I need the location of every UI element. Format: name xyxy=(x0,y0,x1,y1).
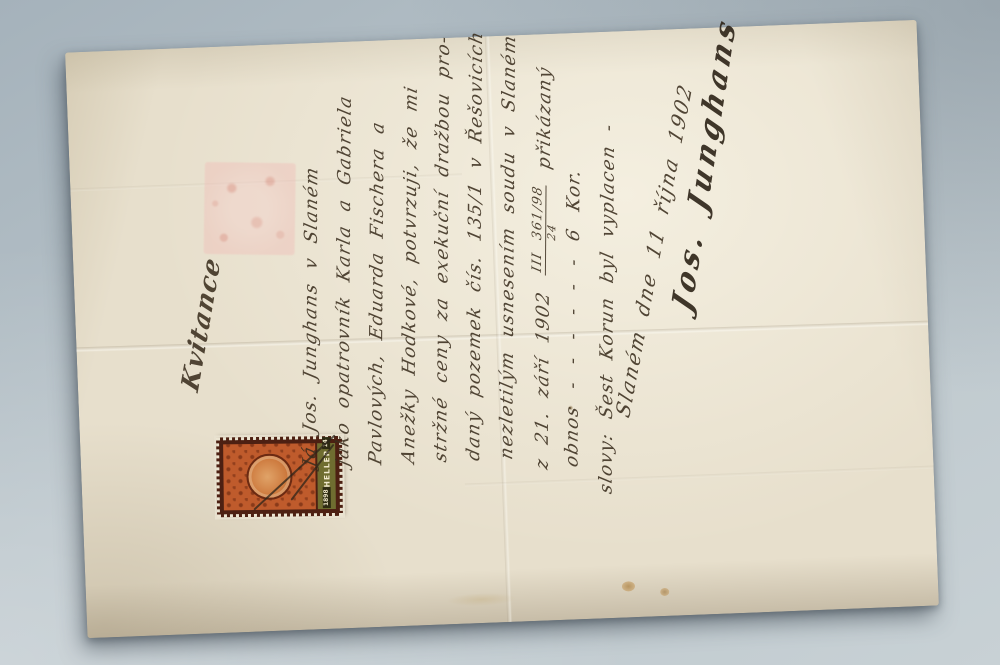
court-case-number: III 361/9824 xyxy=(531,182,558,278)
case-number-denominator: 24 xyxy=(546,185,558,278)
handwritten-line: Anežky Hodkové, potvrzuji, že mi xyxy=(398,51,422,466)
revenue-stamp: 1898 HELLER 14 xyxy=(216,436,343,518)
document-content: Kvitance 1898 HELLER 14 Já Jos. Junghans… xyxy=(65,20,939,638)
handwritten-line: jako opatrovník Karla a Gabriela xyxy=(332,53,356,468)
document-title: Kvitance xyxy=(176,252,226,396)
handwritten-line: daný pozemek čís. 135/1 v Řešovicích xyxy=(463,48,487,463)
handwritten-line: obnos - - - - - - 6 Kor. xyxy=(561,54,585,469)
handwritten-line: slovy: Šest Korun byl vyplacen - xyxy=(596,81,620,496)
line-suffix: přikázaný xyxy=(534,64,556,171)
handwritten-line: Pavlových, Eduarda Fischera a xyxy=(365,52,389,467)
case-number-numerator: III 361/98 xyxy=(531,182,546,275)
handwritten-line: nezletilým usnesením soudu v Slaném xyxy=(496,47,520,462)
handwritten-line: Já Jos. Junghans v Slaném xyxy=(299,54,323,469)
document-paper: Kvitance 1898 HELLER 14 Já Jos. Junghans… xyxy=(65,20,939,638)
date-of-decree: z 21. září 1902 xyxy=(532,289,554,471)
stamp-offset-impression xyxy=(204,162,296,255)
handwritten-line: stržné ceny za exekuční dražbou pro- xyxy=(430,49,454,464)
stamp-series-year: 1898 xyxy=(323,487,331,508)
handwritten-line-with-case-number: z 21. září 1902 III 361/9824 přikázaný xyxy=(530,56,559,472)
photo-background: Kvitance 1898 HELLER 14 Já Jos. Junghans… xyxy=(0,0,1000,665)
